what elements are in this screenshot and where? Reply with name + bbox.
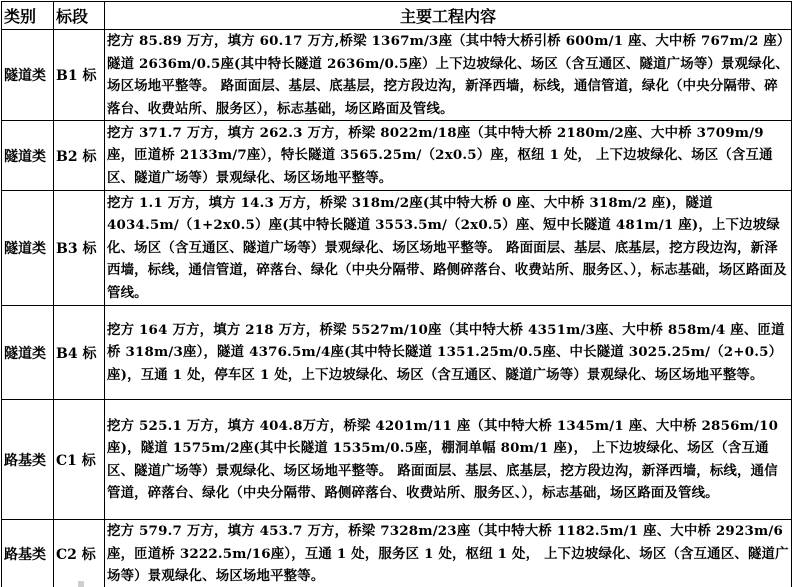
table-row: 隧道类 B4 标 挖方 164 万方，填方 218 万方，桥梁 5527m/10… bbox=[2, 306, 792, 400]
content-cell: 挖方 371.7 万方，填方 262.3 万方，桥梁 8022m/18座（其中特… bbox=[105, 121, 792, 191]
header-category: 类别 bbox=[2, 2, 54, 30]
section-cell: B4 标 bbox=[54, 306, 105, 400]
category-cell: 隧道类 bbox=[2, 121, 54, 191]
category-cell: 路基类 bbox=[2, 520, 54, 587]
table-row: 隧道类 B2 标 挖方 371.7 万方，填方 262.3 万方，桥梁 8022… bbox=[2, 121, 792, 191]
content-cell: 挖方 85.89 万方，填方 60.17 万方,桥梁 1367m/3座（其中特大… bbox=[105, 30, 792, 121]
section-cell: B3 标 bbox=[54, 191, 105, 306]
content-cell: 挖方 579.7 万方，填方 453.7 万方，桥梁 7328m/23座（其中特… bbox=[105, 520, 792, 587]
category-cell: 路基类 bbox=[2, 400, 54, 520]
category-cell: 隧道类 bbox=[2, 191, 54, 306]
scan-artifact bbox=[78, 581, 84, 587]
engineering-content-table: 类别 标段 主要工程内容 隧道类 B1 标 挖方 85.89 万方，填方 60.… bbox=[1, 1, 792, 587]
content-cell: 挖方 164 万方，填方 218 万方，桥梁 5527m/10座（其中特大桥 4… bbox=[105, 306, 792, 400]
table-row: 隧道类 B3 标 挖方 1.1 万方，填方 14.3 万方，桥梁 318m/2座… bbox=[2, 191, 792, 306]
section-cell: B1 标 bbox=[54, 30, 105, 121]
table-row: 隧道类 B1 标 挖方 85.89 万方，填方 60.17 万方,桥梁 1367… bbox=[2, 30, 792, 121]
table-row: 路基类 C2 标 挖方 579.7 万方，填方 453.7 万方，桥梁 7328… bbox=[2, 520, 792, 587]
section-cell: B2 标 bbox=[54, 121, 105, 191]
content-cell: 挖方 1.1 万方，填方 14.3 万方，桥梁 318m/2座(其中特大桥 0 … bbox=[105, 191, 792, 306]
content-cell: 挖方 525.1 万方，填方 404.8万方，桥梁 4201m/11 座（其中特… bbox=[105, 400, 792, 520]
category-cell: 隧道类 bbox=[2, 30, 54, 121]
header-section: 标段 bbox=[54, 2, 105, 30]
table-header-row: 类别 标段 主要工程内容 bbox=[2, 2, 792, 30]
section-cell: C1 标 bbox=[54, 400, 105, 520]
section-cell: C2 标 bbox=[54, 520, 105, 587]
category-cell: 隧道类 bbox=[2, 306, 54, 400]
table-row: 路基类 C1 标 挖方 525.1 万方，填方 404.8万方，桥梁 4201m… bbox=[2, 400, 792, 520]
header-content: 主要工程内容 bbox=[105, 2, 792, 30]
